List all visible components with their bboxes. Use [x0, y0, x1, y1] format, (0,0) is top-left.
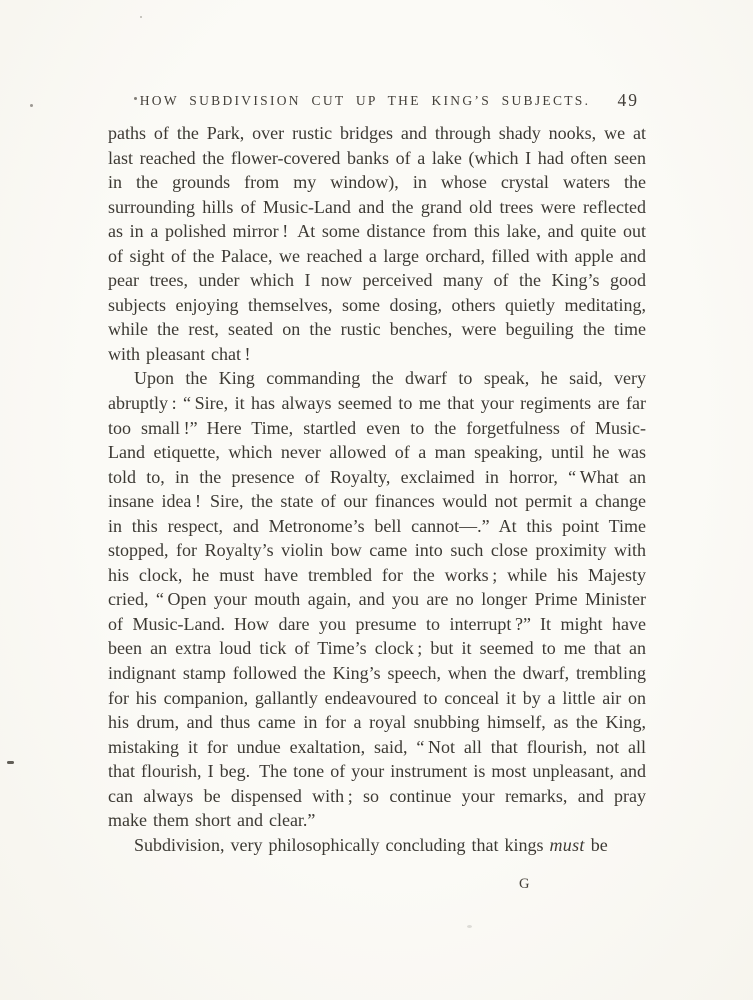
- paragraph-3: Subdivision, very philosophically conclu…: [108, 833, 646, 858]
- scan-speck: [140, 16, 142, 18]
- paragraph-2: Upon the King commanding the dwarf to sp…: [108, 366, 646, 832]
- scan-speck: [467, 925, 472, 928]
- book-page: HOW SUBDIVISION CUT UP THE KING’S SUBJEC…: [0, 0, 753, 1000]
- paragraph-3-italic-word: must: [549, 835, 584, 855]
- running-title: HOW SUBDIVISION CUT UP THE KING’S SUBJEC…: [140, 93, 617, 109]
- signature-mark: G: [519, 876, 529, 893]
- paragraph-3-text-before: Subdivision, very philosophically conclu…: [134, 835, 549, 855]
- paragraph-3-text-after: be: [585, 835, 608, 855]
- paragraph-1: paths of the Park, over rustic bridges a…: [108, 121, 646, 366]
- scan-speck: [30, 104, 33, 107]
- page-header: HOW SUBDIVISION CUT UP THE KING’S SUBJEC…: [108, 93, 648, 115]
- scan-speck: [7, 761, 14, 764]
- scan-speck: [134, 97, 137, 100]
- body-text: paths of the Park, over rustic bridges a…: [108, 121, 646, 857]
- page-number: 49: [618, 90, 640, 111]
